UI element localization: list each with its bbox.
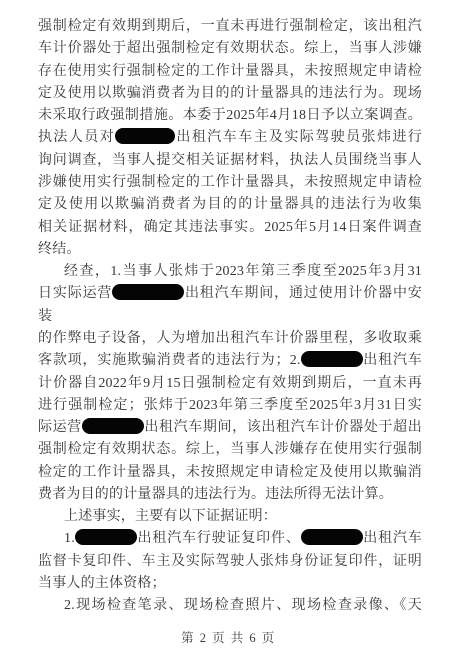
text-line: 强制检定有效期状态。综上，当事人涉嫌存在使用实行强制 — [38, 439, 422, 461]
text-segment: 车计价器处于超出强制检定有效期状态。综上，当事人涉嫌 — [38, 41, 422, 56]
document-body: 强制检定有效期到期后，一直未再进行强制检定，该出租汽车计价器处于超出强制检定有效… — [38, 16, 422, 618]
text-segment: 未采取行政强制措施。本委于2025年4月18日予以立案调查。 — [38, 108, 422, 123]
text-line: 当事人的主体资格； — [38, 573, 422, 595]
text-line: 相关证据材料，确定其违法事实。2025年5月14日案件调查 — [38, 217, 422, 239]
text-segment: 1. — [64, 531, 75, 546]
text-segment: 计价器自2022年9月15日强制检定有效期到期后，一直未再 — [38, 376, 422, 391]
text-line: 定及使用以欺骗消费者为目的的计量器具的违法行为收集 — [38, 194, 422, 216]
text-segment: 际运营 — [38, 420, 82, 435]
text-segment: 费者为目的的计量器具的违法行为。违法所得无法计算。 — [38, 487, 393, 502]
redaction-box — [75, 529, 137, 545]
text-line: 际运营出租汽车期间，该出租汽车计价器处于超出 — [38, 417, 422, 439]
text-line: 的作弊电子设备，人为增加出租汽车计价器里程，多收取乘 — [38, 328, 422, 350]
text-segment: 日实际运营 — [38, 286, 112, 301]
text-line: 存在使用实行强制检定的工作计量器具，未按照规定申请检 — [38, 61, 422, 83]
text-segment: 的作弊电子设备，人为增加出租汽车计价器里程，多收取乘 — [38, 331, 422, 346]
text-segment: 相关证据材料，确定其违法事实。2025年5月14日案件调查 — [38, 220, 422, 235]
text-line: 日实际运营出租汽车期间，通过使用计价器中安装 — [38, 283, 422, 328]
redaction-box — [301, 351, 363, 367]
text-segment: 出租汽车期间，该出租汽车计价器处于超出 — [144, 420, 422, 435]
text-line: 定及使用以欺骗消费者为目的的计量器具的违法行为。现场 — [38, 83, 422, 105]
redaction-box — [82, 418, 144, 434]
text-segment: 定及使用以欺骗消费者为目的的计量器具的违法行为收集 — [38, 197, 422, 212]
text-segment: 经查，1.当事人张炜于2023年第三季度至2025年3月31 — [64, 264, 422, 279]
redaction-box — [301, 529, 363, 545]
text-line: 计价器自2022年9月15日强制检定有效期到期后，一直未再 — [38, 373, 422, 395]
text-segment: 当事人的主体资格； — [38, 576, 166, 591]
text-line: 客款项，实施欺骗消费者的违法行为；2.出租汽车 — [38, 350, 422, 372]
text-line: 强制检定有效期到期后，一直未再进行强制检定，该出租汽 — [38, 16, 422, 38]
text-segment: 2.现场检查笔录、现场检查照片、现场检查录像、《天 — [64, 598, 422, 613]
text-line: 经查，1.当事人张炜于2023年第三季度至2025年3月31 — [38, 261, 422, 283]
text-line: 监督卡复印件、车主及实际驾驶人张炜身份证复印件，证明 — [38, 551, 422, 573]
text-segment: 检定的工作计量器具，未按照规定申请检定及使用以欺骗消 — [38, 465, 422, 480]
text-segment: 存在使用实行强制检定的工作计量器具，未按照规定申请检 — [38, 64, 422, 79]
text-segment: 询问调查，当事人提交相关证据材料，执法人员围绕当事人 — [38, 153, 422, 168]
text-segment: 进行强制检定；张炜于2023年第三季度至2025年3月31日实 — [38, 398, 422, 413]
text-line: 检定的工作计量器具，未按照规定申请检定及使用以欺骗消 — [38, 462, 422, 484]
text-segment: 涉嫌使用实行强制检定的工作计量器具，未按照规定申请检 — [38, 175, 422, 190]
text-line: 未采取行政强制措施。本委于2025年4月18日予以立案调查。 — [38, 105, 422, 127]
text-segment: 执法人员对 — [38, 130, 115, 145]
text-segment: 强制检定有效期状态。综上，当事人涉嫌存在使用实行强制 — [38, 442, 422, 457]
text-line: 执法人员对出租汽车车主及实际驾驶员张炜进行 — [38, 127, 422, 149]
text-line: 终结。 — [38, 239, 422, 261]
text-line: 车计价器处于超出强制检定有效期状态。综上，当事人涉嫌 — [38, 38, 422, 60]
text-line: 费者为目的的计量器具的违法行为。违法所得无法计算。 — [38, 484, 422, 506]
text-segment: 客款项，实施欺骗消费者的违法行为；2. — [38, 353, 301, 368]
text-segment: 出租汽车 — [363, 531, 422, 546]
text-segment: 强制检定有效期到期后，一直未再进行强制检定，该出租汽 — [38, 19, 422, 34]
text-line: 涉嫌使用实行强制检定的工作计量器具，未按照规定申请检 — [38, 172, 422, 194]
page-footer: 第 2 页 共 6 页 — [0, 628, 457, 646]
text-line: 询问调查，当事人提交相关证据材料，执法人员围绕当事人 — [38, 150, 422, 172]
redaction-box — [115, 128, 175, 144]
text-segment: 出租汽车 — [363, 353, 422, 368]
text-segment: 出租汽车车主及实际驾驶员张炜进行 — [175, 130, 422, 145]
text-segment: 终结。 — [38, 242, 81, 257]
text-line: 1.出租汽车行驶证复印件、出租汽车 — [38, 528, 422, 550]
text-segment: 监督卡复印件、车主及实际驾驶人张炜身份证复印件，证明 — [38, 554, 422, 569]
document-page: 强制检定有效期到期后，一直未再进行强制检定，该出租汽车计价器处于超出强制检定有效… — [0, 0, 457, 657]
text-segment: 上述事实，主要有以下证据证明： — [64, 509, 277, 524]
text-segment: 定及使用以欺骗消费者为目的的计量器具的违法行为。现场 — [38, 86, 422, 101]
text-segment: 出租汽车行驶证复印件、 — [137, 531, 301, 546]
text-line: 2.现场检查笔录、现场检查照片、现场检查录像、《天 — [38, 595, 422, 617]
text-line: 进行强制检定；张炜于2023年第三季度至2025年3月31日实 — [38, 395, 422, 417]
redaction-box — [112, 284, 184, 300]
text-line: 上述事实，主要有以下证据证明： — [38, 506, 422, 528]
